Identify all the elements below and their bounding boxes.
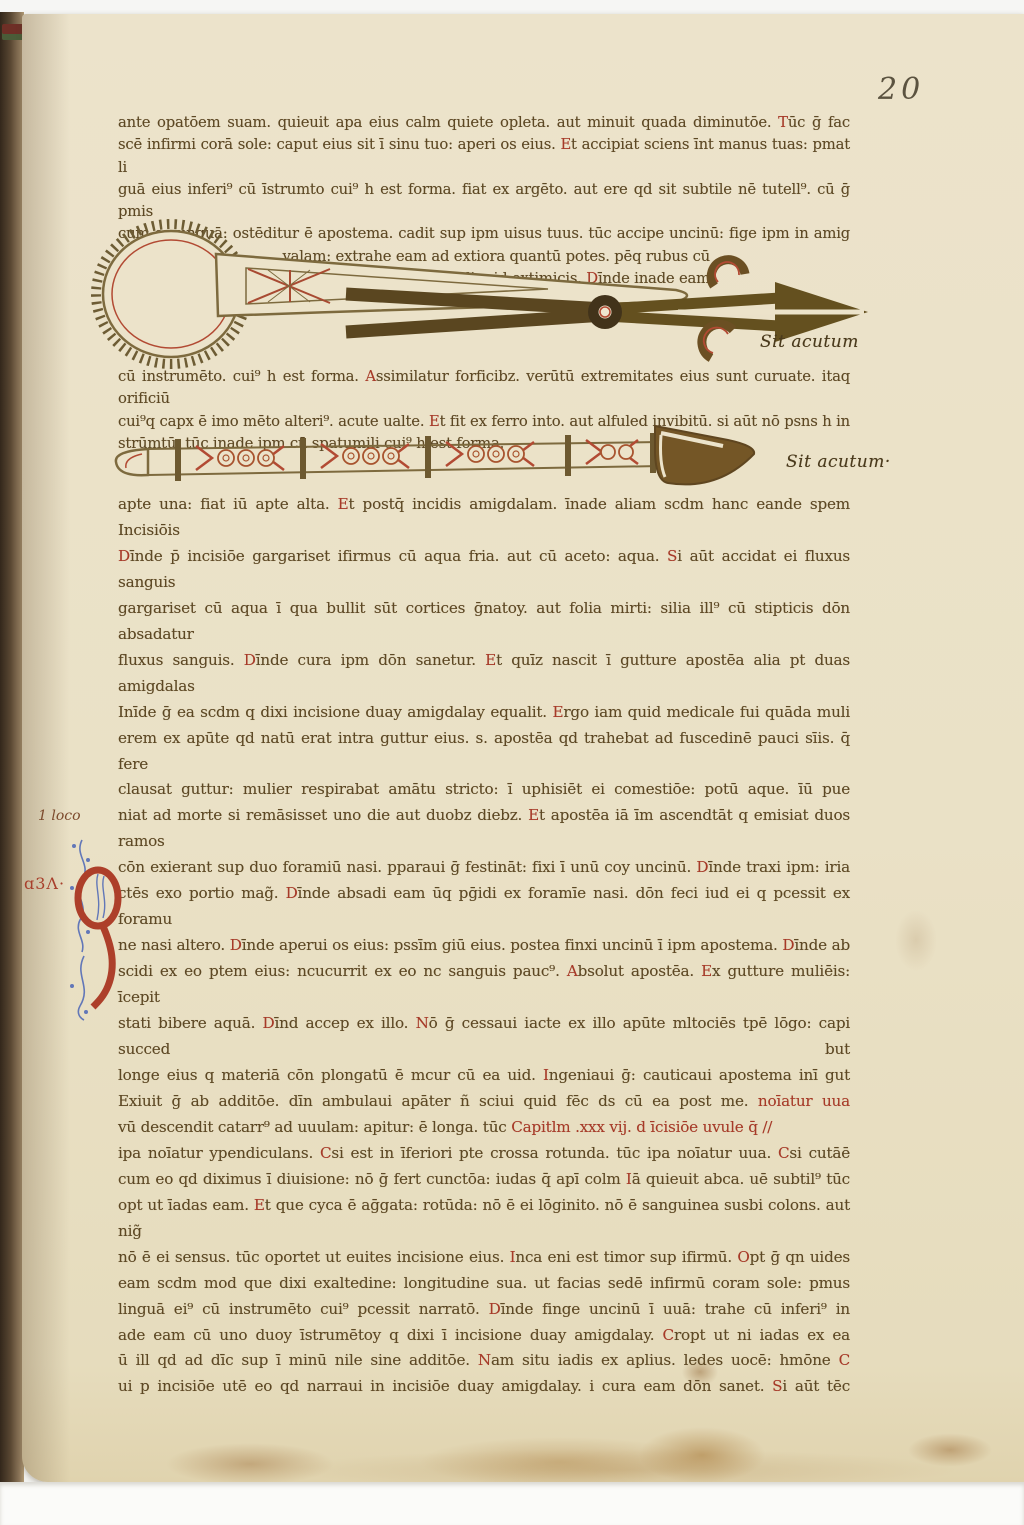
body-text: ropt ut ni iadas ex ea — [674, 1326, 850, 1344]
body-text: ade eam cū uno duoy īstrumētoy q dixi ī … — [118, 1326, 663, 1344]
manuscript-line: apte una: fiat iū apte alta. Et postq̄ i… — [118, 492, 850, 544]
body-text: fluxus sanguis. — [118, 651, 244, 669]
rubric-text: E — [528, 806, 539, 824]
instrument-caption-1: Sit acutum — [760, 332, 859, 352]
body-text: rgo iam quid medicale fui quāda muli — [563, 703, 850, 721]
manuscript-line: Dīnde p̄ incisiōe gargariset ifirmus cū … — [118, 544, 850, 596]
rubric-text: D — [696, 858, 708, 876]
body-text: īnd accep ex illo. — [275, 1014, 416, 1032]
manuscript-line: opt ut īadas eam. Et que cyca ē aḡgata: … — [118, 1193, 850, 1245]
manuscript-line: linguā ei⁹ cū instrumēto cui⁹ pcessit na… — [118, 1297, 850, 1323]
body-text: Exiuit ḡ ab additōe. dīn ambulaui apāter… — [118, 1092, 758, 1110]
rubric-text: C — [839, 1351, 850, 1369]
rubric-text: E — [552, 703, 563, 721]
body-text: cōn exierant sup duo foramiū nasi. ppara… — [118, 858, 696, 876]
margin-note-loco: 1 loco — [38, 808, 81, 824]
manuscript-line: cum eo qd diximus ī diuisione: nō ḡ fert… — [118, 1167, 850, 1193]
text-block-main: apte una: fiat iū apte alta. Et postq̄ i… — [118, 492, 850, 1400]
body-text: ipa noīatur ypendiculans. — [118, 1144, 320, 1162]
decorated-initial-q — [56, 836, 128, 1022]
rubric-text: S — [772, 1377, 782, 1395]
body-text: ngeniaui ḡ: cauticaui apostema inī gut — [549, 1066, 850, 1084]
body-text: īnde finge uncinū ī uuā: trahe cū inferi… — [501, 1300, 850, 1318]
body-text: bsolut apostēa. — [578, 962, 702, 980]
body-text: īnde traxi ipm: iria — [708, 858, 850, 876]
instrument-caption-2: Sit acutum· — [786, 452, 891, 472]
body-text: īnde cura ipm dōn sanetur. — [256, 651, 485, 669]
manuscript-line: scidi ex eo ptem eius: ncucurrit ex eo n… — [118, 959, 850, 1011]
rubric-text: D — [263, 1014, 275, 1032]
manuscript-line: Exiuit ḡ ab additōe. dīn ambulaui apāter… — [118, 1089, 850, 1115]
rubric-text: E — [485, 651, 496, 669]
rubric-text: E — [338, 495, 349, 513]
body-text: eam scdm mod que dixi exaltedine: longit… — [118, 1274, 850, 1292]
rubric-text: E — [701, 962, 712, 980]
rubric-text: E — [560, 136, 571, 153]
manuscript-line: nō ē ei sensus. tūc oportet ut euites in… — [118, 1245, 850, 1271]
spatula-illustration — [108, 413, 808, 493]
body-text: nō ē ei sensus. tūc oportet ut euites in… — [118, 1248, 510, 1266]
body-text: apte una: fiat iū apte alta. — [118, 495, 338, 513]
manuscript-line: cōn exierant sup duo foramiū nasi. ppara… — [118, 855, 850, 881]
manuscript-line: ade eam cū uno duoy īstrumētoy q dixi ī … — [118, 1323, 850, 1349]
manuscript-line: clausat guttur: mulier respirabat amātu … — [118, 777, 850, 803]
rubric-text: A — [567, 962, 578, 980]
rubric-text: E — [254, 1196, 265, 1214]
body-text: ante opatōem suam. quieuit apa eius calm… — [118, 114, 778, 131]
body-text: i aūt tēc — [782, 1377, 850, 1395]
body-text: ctēs exo portio mag̃. — [118, 884, 286, 902]
manuscript-line: cū instrumēto. cui⁹ h est forma. Assimil… — [118, 366, 850, 411]
body-text: ū ill qd ad dīc sup ī minū nile sine add… — [118, 1351, 478, 1369]
folio-number: 20 — [878, 72, 924, 107]
body-text: stati bibere aquā. — [118, 1014, 263, 1032]
body-text: ūc ḡ fac — [788, 114, 850, 131]
body-text: am situ iadis ex aplius. ledes uocē: hmō… — [491, 1351, 839, 1369]
body-text: si est in īferiori pte crossa rotunda. t… — [331, 1144, 778, 1162]
manuscript-line: stati bibere aquā. Dīnd accep ex illo. N… — [118, 1011, 850, 1063]
manuscript-photo: 20 ante opatōem suam. quieuit apa eius c… — [0, 0, 1024, 1525]
rubric-text: D — [782, 936, 794, 954]
body-text: cum eo qd diximus ī diuisione: nō ḡ fert… — [118, 1170, 626, 1188]
body-text: īnde aperui os eius: pssīm giū eius. pos… — [242, 936, 783, 954]
manuscript-line: ctēs exo portio mag̃. Dīnde absadi eam ū… — [118, 881, 850, 933]
body-text: cū instrumēto. cui⁹ h est forma. — [118, 368, 365, 385]
manuscript-line: ne nasi altero. Dīnde aperui os eius: ps… — [118, 933, 850, 959]
body-text: clausat guttur: mulier respirabat amātu … — [118, 780, 850, 798]
body-text: ui p incisiōe utē eo qd narraui in incis… — [118, 1377, 772, 1395]
body-text: vū descendit catarr⁹ ad uuulam: apitur: … — [118, 1118, 511, 1136]
manuscript-line: ū ill qd ad dīc sup ī minū nile sine add… — [118, 1348, 850, 1374]
book-binding-gutter — [0, 12, 24, 1488]
rubric-text: C — [320, 1144, 331, 1162]
manuscript-line: Inīde ḡ ea scdm q dixi incisione duay am… — [118, 700, 850, 726]
manuscript-line: niat ad morte si remāsisset uno die aut … — [118, 803, 850, 855]
body-text: gargariset cū aqua ī qua bullit sūt cort… — [118, 599, 850, 643]
rubric-text: N — [478, 1351, 491, 1369]
rubric-text: D — [230, 936, 242, 954]
body-text: nca eni est timor sup ifirmū. — [515, 1248, 737, 1266]
manuscript-line: longe eius q materiā cōn plongatū ē mcur… — [118, 1063, 850, 1089]
manuscript-line: ipa noīatur ypendiculans. Csi est in īfe… — [118, 1141, 850, 1167]
body-text: īnde ab — [794, 936, 850, 954]
body-text: scidi ex eo ptem eius: ncucurrit ex eo n… — [118, 962, 567, 980]
manuscript-line: gargariset cū aqua ī qua bullit sūt cort… — [118, 596, 850, 648]
body-text: ne nasi altero. — [118, 936, 230, 954]
body-text: pt ḡ qn uides — [750, 1248, 850, 1266]
body-text: si cutāē — [789, 1144, 850, 1162]
forceps-illustration — [78, 212, 878, 377]
body-text: niat ad morte si remāsisset uno die aut … — [118, 806, 528, 824]
rubric-text: Capitlm .xxx vij. d īcisiōe uvule q̄ // — [511, 1118, 772, 1136]
rubric-text: D — [244, 651, 256, 669]
manuscript-line: eam scdm mod que dixi exaltedine: longit… — [118, 1271, 850, 1297]
body-text: linguā ei⁹ cū instrumēto cui⁹ pcessit na… — [118, 1300, 489, 1318]
rubric-text: O — [737, 1248, 749, 1266]
rubric-text: T — [778, 114, 788, 131]
rubric-text: A — [365, 368, 376, 385]
rubric-text: D — [489, 1300, 501, 1318]
manuscript-line: erem ex apūte qd natū erat intra guttur … — [118, 726, 850, 778]
manuscript-line: ui p incisiōe utē eo qd narraui in incis… — [118, 1374, 850, 1400]
rubric-text: C — [663, 1326, 674, 1344]
rubric-text: D — [286, 884, 298, 902]
body-text: īnde p̄ incisiōe gargariset ifirmus cū a… — [130, 547, 667, 565]
parchment-page: 20 ante opatōem suam. quieuit apa eius c… — [22, 14, 1024, 1482]
rubric-text: C — [778, 1144, 789, 1162]
body-text: opt ut īadas eam. — [118, 1196, 254, 1214]
manuscript-line: ante opatōem suam. quieuit apa eius calm… — [118, 112, 850, 134]
rubric-text: D — [118, 547, 130, 565]
manuscript-line: vū descendit catarr⁹ ad uuulam: apitur: … — [118, 1115, 850, 1141]
body-text: Inīde ḡ ea scdm q dixi incisione duay am… — [118, 703, 552, 721]
rubric-text: S — [667, 547, 677, 565]
manuscript-line: scē infirmi corā sole: caput eius sit ī … — [118, 134, 850, 179]
photo-backdrop-bottom — [0, 1482, 1024, 1525]
body-text: longe eius q materiā cōn plongatū ē mcur… — [118, 1066, 543, 1084]
body-text: scē infirmi corā sole: caput eius sit ī … — [118, 136, 560, 153]
rubric-text: N — [416, 1014, 429, 1032]
body-text: ā quieuit abca. uē subtil⁹ tūc — [632, 1170, 850, 1188]
rubric-text: noīatur uua — [758, 1092, 850, 1110]
body-text: erem ex apūte qd natū erat intra guttur … — [118, 729, 850, 773]
manuscript-line: fluxus sanguis. Dīnde cura ipm dōn sanet… — [118, 648, 850, 700]
